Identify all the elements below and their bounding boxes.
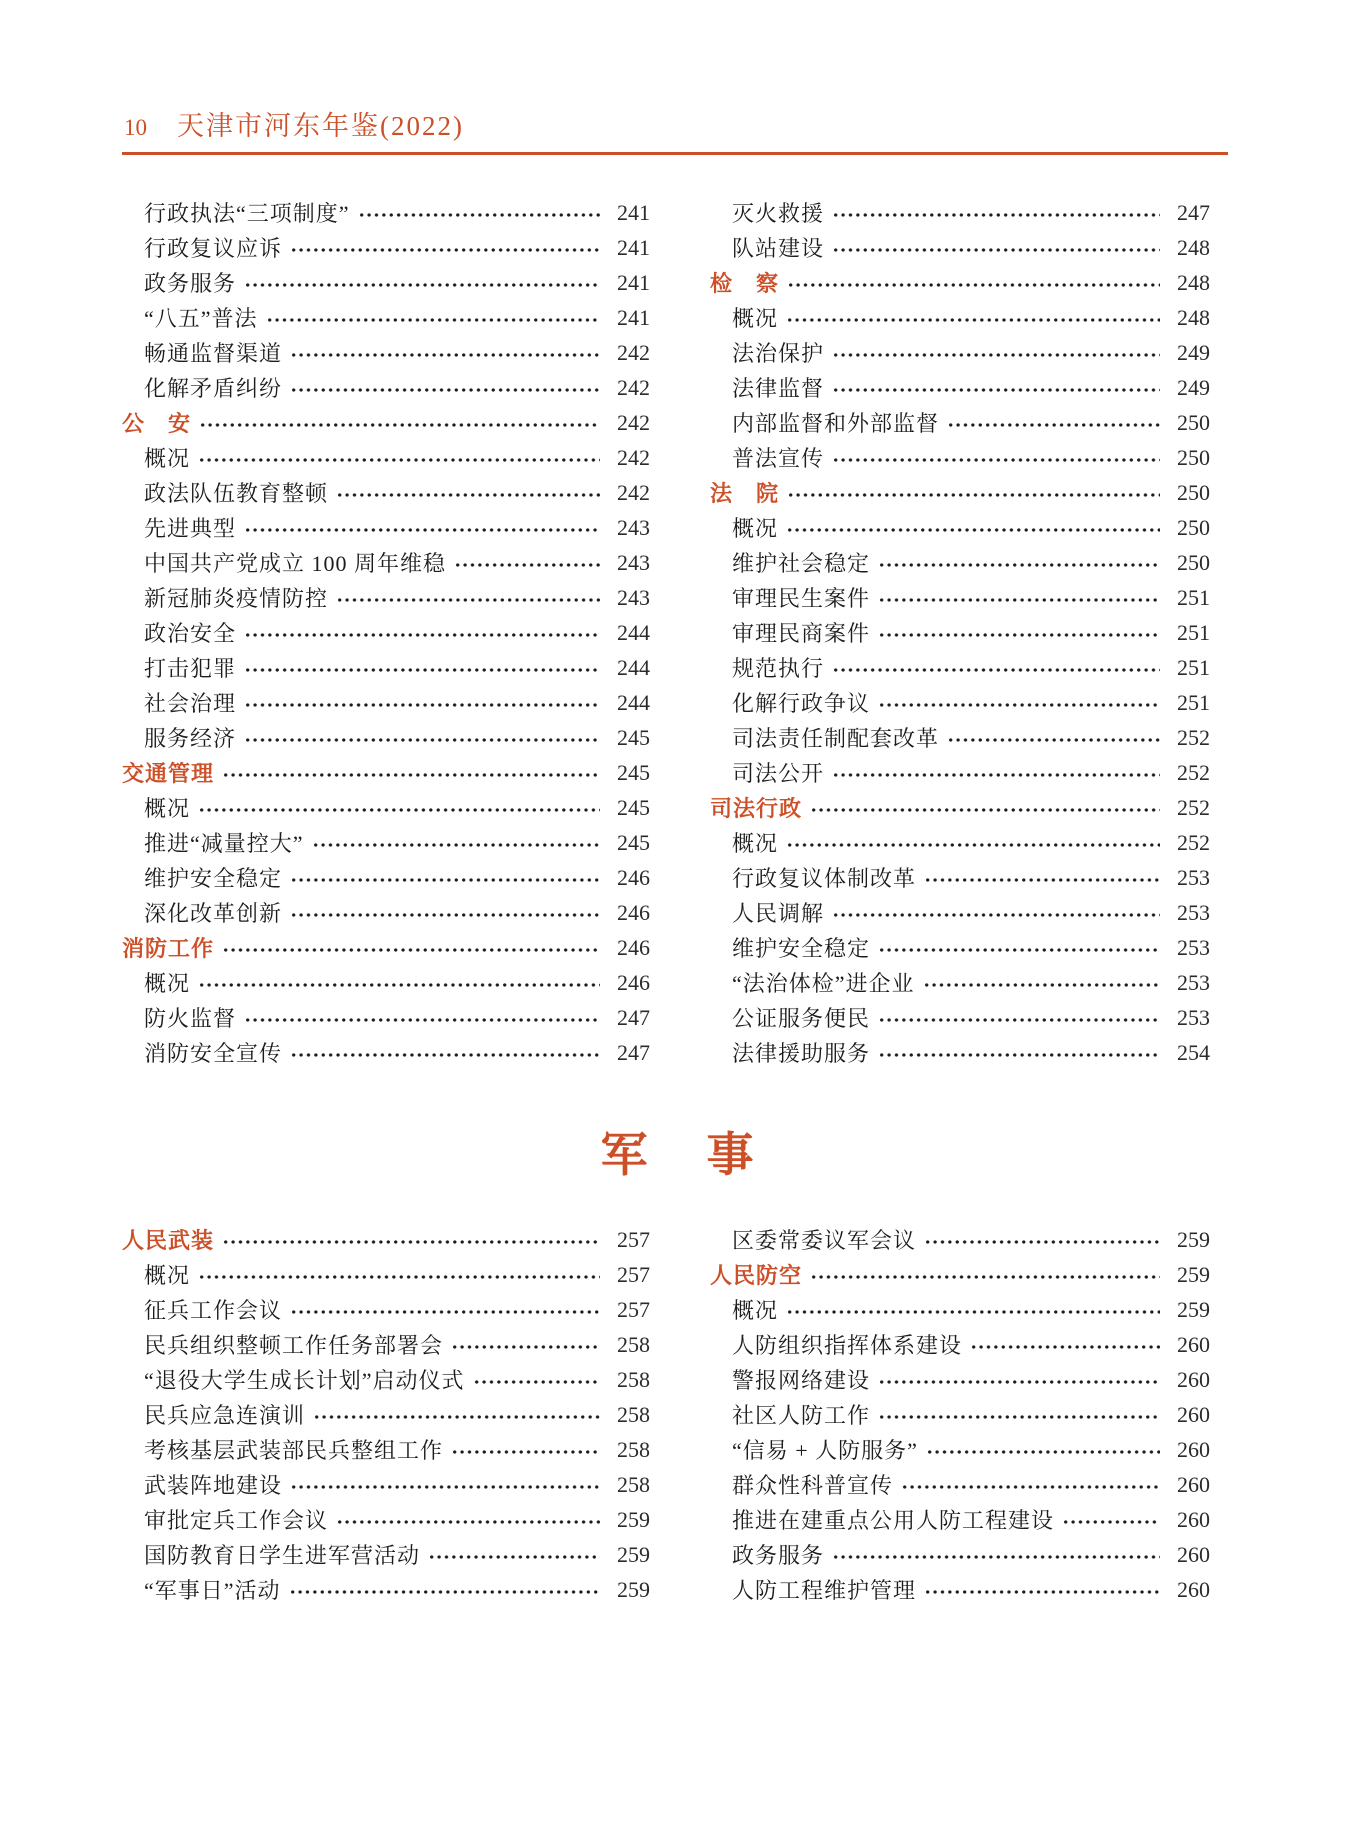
toc-entry-row: 行政复议体制改革253	[710, 860, 1210, 895]
dot-leader	[832, 209, 1160, 221]
toc-entry-row: 打击犯罪244	[122, 650, 650, 685]
toc-entry-label: 国防教育日学生进军营活动	[144, 1539, 420, 1570]
toc-entry-label: 民兵应急连演训	[144, 1399, 305, 1430]
toc-entry-label: 政法队伍教育整顿	[144, 477, 328, 508]
toc-entry-label: 畅通监督渠道	[144, 337, 282, 368]
toc-entry-row: 人防组织指挥体系建设260	[710, 1327, 1210, 1362]
dot-leader	[924, 1236, 1160, 1248]
page-ref: 258	[610, 1472, 650, 1498]
toc-entry-row: 民兵组织整顿工作任务部署会258	[122, 1327, 650, 1362]
toc-entry-row: 社区人防工作260	[710, 1397, 1210, 1432]
toc-entry-label: 群众性科普宣传	[732, 1469, 893, 1500]
toc-entry-row: 服务经济245	[122, 720, 650, 755]
page-ref: 260	[1170, 1507, 1210, 1533]
dot-leader	[244, 699, 600, 711]
toc-heading-row: 检 察248	[710, 265, 1210, 300]
toc-entry-row: 化解矛盾纠纷242	[122, 370, 650, 405]
toc-entry-label: 人防组织指挥体系建设	[732, 1329, 962, 1360]
toc-entry-row: 规范执行251	[710, 650, 1210, 685]
page-ref: 258	[610, 1332, 650, 1358]
dot-leader	[878, 1014, 1160, 1026]
dot-leader	[810, 804, 1160, 816]
dot-leader	[924, 1586, 1160, 1598]
toc-entry-row: 审批定兵工作会议259	[122, 1502, 650, 1537]
page-ref: 254	[1170, 1040, 1210, 1066]
toc-entry-row: 概况257	[122, 1257, 650, 1292]
toc-entry-label: 先进典型	[144, 512, 236, 543]
dot-leader	[947, 734, 1160, 746]
toc-entry-label: “军事日”活动	[144, 1574, 281, 1605]
toc-entry-row: 维护社会稳定250	[710, 545, 1210, 580]
page-ref: 245	[610, 830, 650, 856]
page-ref: 243	[610, 515, 650, 541]
toc-entry-row: 防火监督247	[122, 1000, 650, 1035]
toc-entry-label: 人民武装	[122, 1224, 214, 1255]
toc-entry-row: 行政复议应诉241	[122, 230, 650, 265]
dot-leader	[198, 454, 600, 466]
toc-military-left-column: 人民武装257概况257征兵工作会议257民兵组织整顿工作任务部署会258“退役…	[122, 1222, 650, 1607]
page-ref: 259	[1170, 1297, 1210, 1323]
dot-leader	[473, 1376, 600, 1388]
toc-entry-label: 规范执行	[732, 652, 824, 683]
page-ref: 251	[1170, 690, 1210, 716]
dot-leader	[199, 419, 600, 431]
toc-entry-row: 法律监督249	[710, 370, 1210, 405]
page-ref: 252	[1170, 725, 1210, 751]
dot-leader	[428, 1551, 600, 1563]
dot-leader	[832, 769, 1160, 781]
toc-entry-row: 概况252	[710, 825, 1210, 860]
page-ref: 248	[1170, 270, 1210, 296]
dot-leader	[358, 209, 600, 221]
toc-entry-label: 概况	[732, 512, 778, 543]
dot-leader	[832, 664, 1160, 676]
toc-entry-row: 法治保护249	[710, 335, 1210, 370]
toc-entry-label: 法律监督	[732, 372, 824, 403]
toc-military-right-column: 区委常委议军会议259人民防空259概况259人防组织指挥体系建设260警报网络…	[710, 1222, 1210, 1607]
toc-entry-label: 维护安全稳定	[144, 862, 282, 893]
toc-heading-row: 交通管理245	[122, 755, 650, 790]
toc-entry-label: 维护社会稳定	[732, 547, 870, 578]
toc-entry-row: 公证服务便民253	[710, 1000, 1210, 1035]
dot-leader	[786, 524, 1160, 536]
toc-entry-row: 推进在建重点公用人防工程建设260	[710, 1502, 1210, 1537]
dot-leader	[832, 244, 1160, 256]
dot-leader	[290, 349, 600, 361]
toc-entry-label: “退役大学生成长计划”启动仪式	[144, 1364, 465, 1395]
page-ref: 243	[610, 550, 650, 576]
page-ref: 250	[1170, 515, 1210, 541]
dot-leader	[923, 979, 1160, 991]
toc-entry-row: 人民调解253	[710, 895, 1210, 930]
toc-entry-row: 普法宣传250	[710, 440, 1210, 475]
toc-entry-row: 社会治理244	[122, 685, 650, 720]
toc-entry-row: 考核基层武装部民兵整组工作258	[122, 1432, 650, 1467]
toc-entry-label: 政务服务	[732, 1539, 824, 1570]
page-ref: 246	[610, 935, 650, 961]
toc-entry-row: 概况259	[710, 1292, 1210, 1327]
dot-leader	[786, 839, 1160, 851]
page-ref: 259	[610, 1542, 650, 1568]
section-title-military: 军 事	[0, 1126, 1360, 1186]
page-ref: 246	[610, 900, 650, 926]
page-ref: 252	[1170, 760, 1210, 786]
page-ref: 260	[1170, 1332, 1210, 1358]
toc-entry-label: 服务经济	[144, 722, 236, 753]
page-ref: 251	[1170, 620, 1210, 646]
toc-entry-row: “八五”普法241	[122, 300, 650, 335]
dot-leader	[878, 594, 1160, 606]
dot-leader	[336, 1516, 600, 1528]
dot-leader	[926, 1446, 1160, 1458]
dot-leader	[289, 1586, 600, 1598]
page-ref: 245	[610, 795, 650, 821]
toc-heading-row: 人民武装257	[122, 1222, 650, 1257]
toc-entry-label: 社区人防工作	[732, 1399, 870, 1430]
page-ref: 260	[1170, 1367, 1210, 1393]
page-ref: 260	[1170, 1402, 1210, 1428]
dot-leader	[290, 874, 600, 886]
dot-leader	[878, 1411, 1160, 1423]
page-ref: 251	[1170, 585, 1210, 611]
toc-entry-label: 打击犯罪	[144, 652, 236, 683]
page-ref: 248	[1170, 235, 1210, 261]
dot-leader	[244, 734, 600, 746]
page-ref: 260	[1170, 1577, 1210, 1603]
page-ref: 246	[610, 865, 650, 891]
toc-entry-row: 畅通监督渠道242	[122, 335, 650, 370]
toc-entry-row: 消防安全宣传247	[122, 1035, 650, 1070]
toc-entry-label: 司法行政	[710, 792, 802, 823]
toc-entry-label: 推进“减量控大”	[144, 827, 304, 858]
page-ref: 260	[1170, 1437, 1210, 1463]
page-ref: 244	[610, 620, 650, 646]
toc-entry-label: 推进在建重点公用人防工程建设	[732, 1504, 1054, 1535]
page-ref: 242	[610, 480, 650, 506]
dot-leader	[313, 1411, 600, 1423]
toc-entry-label: 公 安	[122, 407, 191, 438]
page-header: 10 天津市河东年鉴(2022)	[0, 0, 1360, 143]
toc-entry-row: 行政执法“三项制度”241	[122, 195, 650, 230]
column-gutter	[650, 195, 710, 1070]
dot-leader	[832, 384, 1160, 396]
toc-entry-label: “信易 + 人防服务”	[732, 1434, 918, 1465]
toc-entry-row: 国防教育日学生进军营活动259	[122, 1537, 650, 1572]
toc-entry-row: 中国共产党成立 100 周年维稳243	[122, 545, 650, 580]
toc-heading-row: 公 安242	[122, 405, 650, 440]
dot-leader	[244, 279, 600, 291]
dot-leader	[878, 944, 1160, 956]
yearbook-toc-page: 10 天津市河东年鉴(2022) 行政执法“三项制度”241行政复议应诉241政…	[0, 0, 1360, 1833]
dot-leader	[787, 489, 1160, 501]
toc-entry-row: 概况245	[122, 790, 650, 825]
toc-entry-label: 概况	[732, 1294, 778, 1325]
dot-leader	[222, 769, 600, 781]
page-ref: 245	[610, 760, 650, 786]
dot-leader	[222, 944, 600, 956]
toc-entry-label: 人防工程维护管理	[732, 1574, 916, 1605]
dot-leader	[198, 804, 600, 816]
page-ref: 250	[1170, 410, 1210, 436]
toc-entry-label: 民兵组织整顿工作任务部署会	[144, 1329, 443, 1360]
toc-entry-label: 概况	[144, 1259, 190, 1290]
dot-leader	[454, 559, 600, 571]
book-title: 天津市河东年鉴(2022)	[177, 104, 464, 143]
dot-leader	[451, 1341, 600, 1353]
dot-leader	[244, 524, 600, 536]
dot-leader	[1062, 1516, 1160, 1528]
page-ref: 257	[610, 1297, 650, 1323]
toc-entry-label: 征兵工作会议	[144, 1294, 282, 1325]
page-ref: 242	[610, 410, 650, 436]
dot-leader	[290, 1306, 600, 1318]
page-ref: 259	[610, 1507, 650, 1533]
column-gutter	[650, 1222, 710, 1607]
dot-leader	[244, 629, 600, 641]
toc-entry-row: 内部监督和外部监督250	[710, 405, 1210, 440]
page-ref: 241	[610, 235, 650, 261]
dot-leader	[832, 349, 1160, 361]
page-ref: 253	[1170, 935, 1210, 961]
page-ref: 258	[610, 1437, 650, 1463]
toc-entry-row: 征兵工作会议257	[122, 1292, 650, 1327]
toc-entry-label: 概况	[732, 827, 778, 858]
toc-entry-label: 消防安全宣传	[144, 1037, 282, 1068]
toc-entry-label: 人民防空	[710, 1259, 802, 1290]
toc-entry-row: “法治体检”进企业253	[710, 965, 1210, 1000]
toc-entry-label: 行政执法“三项制度”	[144, 197, 350, 228]
dot-leader	[451, 1446, 600, 1458]
page-ref: 253	[1170, 970, 1210, 996]
dot-leader	[832, 909, 1160, 921]
dot-leader	[244, 664, 600, 676]
dot-leader	[832, 1551, 1160, 1563]
dot-leader	[878, 1376, 1160, 1388]
toc-military-section: 人民武装257概况257征兵工作会议257民兵组织整顿工作任务部署会258“退役…	[122, 1222, 1210, 1607]
toc-entry-label: 化解行政争议	[732, 687, 870, 718]
toc-entry-row: 概况250	[710, 510, 1210, 545]
toc-entry-row: 司法责任制配套改革252	[710, 720, 1210, 755]
toc-heading-row: 消防工作246	[122, 930, 650, 965]
page-ref: 260	[1170, 1472, 1210, 1498]
dot-leader	[244, 1014, 600, 1026]
toc-entry-label: 政务服务	[144, 267, 236, 298]
page-ref: 248	[1170, 305, 1210, 331]
toc-entry-row: 推进“减量控大”245	[122, 825, 650, 860]
toc-entry-label: 概况	[144, 792, 190, 823]
dot-leader	[878, 1049, 1160, 1061]
page-number: 10	[124, 115, 147, 141]
dot-leader	[336, 594, 600, 606]
page-ref: 243	[610, 585, 650, 611]
toc-entry-label: 法治保护	[732, 337, 824, 368]
toc-entry-row: 政务服务241	[122, 265, 650, 300]
toc-entry-row: 政法队伍教育整顿242	[122, 475, 650, 510]
page-ref: 241	[610, 305, 650, 331]
page-ref: 259	[610, 1577, 650, 1603]
toc-entry-row: 警报网络建设260	[710, 1362, 1210, 1397]
toc-entry-label: 中国共产党成立 100 周年维稳	[144, 547, 446, 578]
toc-entry-label: 行政复议应诉	[144, 232, 282, 263]
toc-heading-row: 司法行政252	[710, 790, 1210, 825]
toc-entry-row: 武装阵地建设258	[122, 1467, 650, 1502]
page-ref: 246	[610, 970, 650, 996]
page-ref: 250	[1170, 550, 1210, 576]
toc-entry-label: 法 院	[710, 477, 779, 508]
page-ref: 245	[610, 725, 650, 751]
page-ref: 242	[610, 340, 650, 366]
toc-entry-label: 普法宣传	[732, 442, 824, 473]
toc-entry-label: 灭火救援	[732, 197, 824, 228]
dot-leader	[290, 244, 600, 256]
toc-entry-label: 政治安全	[144, 617, 236, 648]
toc-entry-label: 内部监督和外部监督	[732, 407, 939, 438]
page-ref: 247	[610, 1040, 650, 1066]
dot-leader	[222, 1236, 600, 1248]
toc-entry-row: 人防工程维护管理260	[710, 1572, 1210, 1607]
page-ref: 249	[1170, 375, 1210, 401]
toc-entry-row: 审理民商案件251	[710, 615, 1210, 650]
toc-entry-label: 队站建设	[732, 232, 824, 263]
page-ref: 252	[1170, 830, 1210, 856]
toc-entry-label: 司法责任制配套改革	[732, 722, 939, 753]
page-ref: 258	[610, 1402, 650, 1428]
toc-entry-label: 区委常委议军会议	[732, 1224, 916, 1255]
toc-entry-row: 审理民生案件251	[710, 580, 1210, 615]
dot-leader	[832, 454, 1160, 466]
toc-entry-label: 深化改革创新	[144, 897, 282, 928]
dot-leader	[947, 419, 1160, 431]
dot-leader	[878, 559, 1160, 571]
page-ref: 250	[1170, 445, 1210, 471]
toc-entry-row: 法律援助服务254	[710, 1035, 1210, 1070]
toc-entry-label: 公证服务便民	[732, 1002, 870, 1033]
toc-entry-row: 群众性科普宣传260	[710, 1467, 1210, 1502]
dot-leader	[786, 314, 1160, 326]
toc-top-right-column: 灭火救援247队站建设248检 察248概况248法治保护249法律监督249内…	[710, 195, 1210, 1070]
toc-entry-row: 概况242	[122, 440, 650, 475]
page-ref: 241	[610, 270, 650, 296]
toc-entry-label: 消防工作	[122, 932, 214, 963]
toc-entry-row: 政务服务260	[710, 1537, 1210, 1572]
dot-leader	[786, 1306, 1160, 1318]
dot-leader	[290, 384, 600, 396]
toc-entry-label: 警报网络建设	[732, 1364, 870, 1395]
toc-entry-row: 灭火救援247	[710, 195, 1210, 230]
dot-leader	[290, 909, 600, 921]
dot-leader	[810, 1271, 1160, 1283]
toc-entry-label: 社会治理	[144, 687, 236, 718]
page-ref: 251	[1170, 655, 1210, 681]
toc-entry-row: 深化改革创新246	[122, 895, 650, 930]
toc-entry-label: 武装阵地建设	[144, 1469, 282, 1500]
toc-entry-label: 考核基层武装部民兵整组工作	[144, 1434, 443, 1465]
page-ref: 242	[610, 445, 650, 471]
toc-entry-row: 概况248	[710, 300, 1210, 335]
dot-leader	[924, 874, 1160, 886]
page-ref: 244	[610, 690, 650, 716]
dot-leader	[878, 699, 1160, 711]
toc-entry-label: 审理民商案件	[732, 617, 870, 648]
page-ref: 260	[1170, 1542, 1210, 1568]
toc-entry-row: 政治安全244	[122, 615, 650, 650]
toc-entry-row: 维护安全稳定253	[710, 930, 1210, 965]
dot-leader	[266, 314, 600, 326]
dot-leader	[312, 839, 600, 851]
page-ref: 244	[610, 655, 650, 681]
page-ref: 253	[1170, 900, 1210, 926]
toc-entry-label: 防火监督	[144, 1002, 236, 1033]
page-ref: 247	[1170, 200, 1210, 226]
toc-entry-label: 法律援助服务	[732, 1037, 870, 1068]
toc-entry-label: 审理民生案件	[732, 582, 870, 613]
page-ref: 259	[1170, 1227, 1210, 1253]
toc-entry-label: 新冠肺炎疫情防控	[144, 582, 328, 613]
dot-leader	[198, 1271, 600, 1283]
page-ref: 247	[610, 1005, 650, 1031]
dot-leader	[198, 979, 600, 991]
toc-heading-row: 人民防空259	[710, 1257, 1210, 1292]
page-ref: 241	[610, 200, 650, 226]
page-ref: 257	[610, 1262, 650, 1288]
toc-entry-label: 概况	[144, 967, 190, 998]
toc-entry-row: “退役大学生成长计划”启动仪式258	[122, 1362, 650, 1397]
toc-entry-label: 化解矛盾纠纷	[144, 372, 282, 403]
toc-entry-label: “法治体检”进企业	[732, 967, 915, 998]
toc-top-section: 行政执法“三项制度”241行政复议应诉241政务服务241“八五”普法241畅通…	[122, 195, 1210, 1070]
page-ref: 250	[1170, 480, 1210, 506]
dot-leader	[787, 279, 1160, 291]
toc-entry-label: 司法公开	[732, 757, 824, 788]
toc-entry-label: 检 察	[710, 267, 779, 298]
toc-entry-row: 司法公开252	[710, 755, 1210, 790]
toc-entry-row: 队站建设248	[710, 230, 1210, 265]
dot-leader	[878, 629, 1160, 641]
toc-heading-row: 法 院250	[710, 475, 1210, 510]
dot-leader	[336, 489, 600, 501]
toc-entry-row: 区委常委议军会议259	[710, 1222, 1210, 1257]
toc-entry-label: “八五”普法	[144, 302, 258, 333]
dot-leader	[290, 1481, 600, 1493]
page-ref: 242	[610, 375, 650, 401]
dot-leader	[290, 1049, 600, 1061]
toc-entry-row: “信易 + 人防服务”260	[710, 1432, 1210, 1467]
toc-entry-label: 交通管理	[122, 757, 214, 788]
toc-entry-row: “军事日”活动259	[122, 1572, 650, 1607]
toc-entry-row: 化解行政争议251	[710, 685, 1210, 720]
page-ref: 252	[1170, 795, 1210, 821]
toc-entry-row: 先进典型243	[122, 510, 650, 545]
toc-entry-label: 概况	[144, 442, 190, 473]
toc-entry-row: 民兵应急连演训258	[122, 1397, 650, 1432]
toc-entry-label: 审批定兵工作会议	[144, 1504, 328, 1535]
page-ref: 249	[1170, 340, 1210, 366]
toc-entry-row: 新冠肺炎疫情防控243	[122, 580, 650, 615]
toc-entry-label: 人民调解	[732, 897, 824, 928]
dot-leader	[970, 1341, 1160, 1353]
toc-entry-row: 维护安全稳定246	[122, 860, 650, 895]
page-ref: 257	[610, 1227, 650, 1253]
toc-entry-label: 行政复议体制改革	[732, 862, 916, 893]
toc-entry-label: 维护安全稳定	[732, 932, 870, 963]
dot-leader	[901, 1481, 1160, 1493]
page-ref: 258	[610, 1367, 650, 1393]
toc-entry-label: 概况	[732, 302, 778, 333]
page-ref: 253	[1170, 1005, 1210, 1031]
page-ref: 259	[1170, 1262, 1210, 1288]
header-rule	[122, 152, 1228, 155]
page-ref: 253	[1170, 865, 1210, 891]
